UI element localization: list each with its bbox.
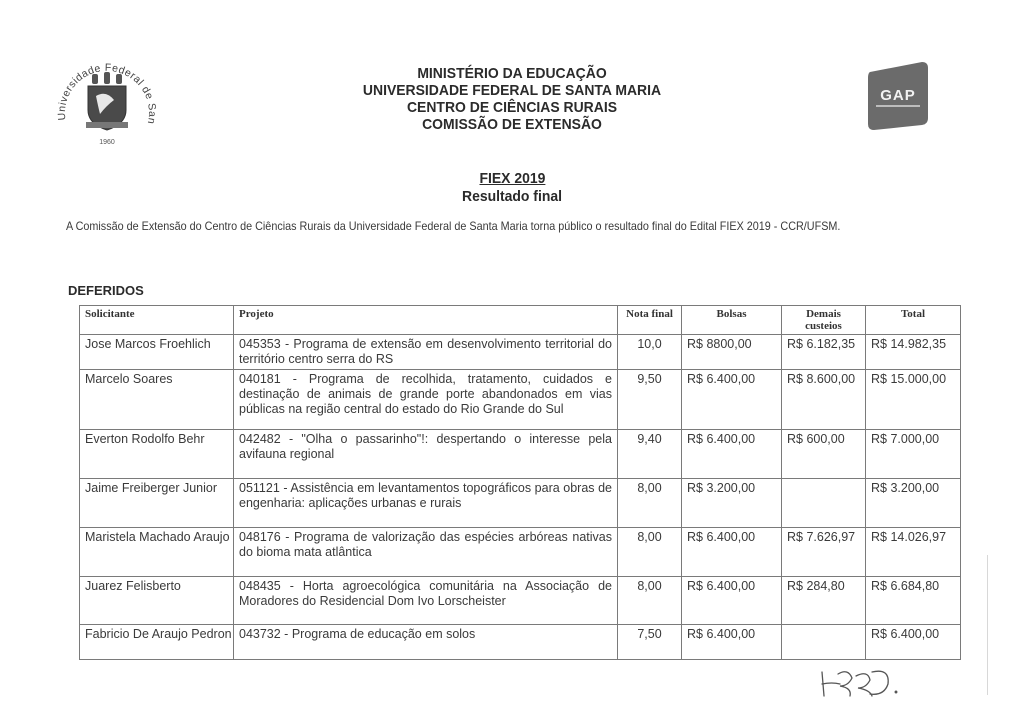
cell-nota: 8,00 — [618, 479, 682, 528]
institution-header: MINISTÉRIO DA EDUCAÇÃO UNIVERSIDADE FEDE… — [0, 65, 1024, 133]
table-row: Everton Rodolfo Behr 042482 - "Olha o pa… — [80, 430, 961, 479]
cell-demais: R$ 600,00 — [782, 430, 866, 479]
cell-bolsas: R$ 6.400,00 — [682, 625, 782, 660]
section-title-deferidos: DEFERIDOS — [68, 283, 144, 298]
cell-bolsas: R$ 6.400,00 — [682, 577, 782, 625]
table-row: Jaime Freiberger Junior 051121 - Assistê… — [80, 479, 961, 528]
results-table: Solicitante Projeto Nota final Bolsas De… — [79, 305, 961, 660]
col-header-projeto: Projeto — [234, 306, 618, 335]
header-commission: COMISSÃO DE EXTENSÃO — [36, 116, 988, 133]
document-title-block: FIEX 2019 Resultado final — [0, 170, 1024, 205]
header-center: CENTRO DE CIÊNCIAS RURAIS — [36, 99, 988, 116]
col-header-solicitante: Solicitante — [80, 306, 234, 335]
cell-total: R$ 15.000,00 — [866, 370, 961, 430]
cell-total: R$ 6.400,00 — [866, 625, 961, 660]
cell-projeto: 048176 - Programa de valorização das esp… — [234, 528, 618, 577]
cell-total: R$ 3.200,00 — [866, 479, 961, 528]
cell-total: R$ 6.684,80 — [866, 577, 961, 625]
table-row: Fabricio De Araujo Pedron 043732 - Progr… — [80, 625, 961, 660]
cell-nota: 9,50 — [618, 370, 682, 430]
cell-demais — [782, 625, 866, 660]
header-university: UNIVERSIDADE FEDERAL DE SANTA MARIA — [36, 82, 988, 99]
svg-text:1960: 1960 — [99, 139, 115, 146]
col-header-nota: Nota final — [618, 306, 682, 335]
handwritten-signature-icon — [812, 662, 912, 704]
cell-demais: R$ 284,80 — [782, 577, 866, 625]
table-row: Maristela Machado Araujo 048176 - Progra… — [80, 528, 961, 577]
table-header-row: Solicitante Projeto Nota final Bolsas De… — [80, 306, 961, 335]
cell-demais: R$ 8.600,00 — [782, 370, 866, 430]
cell-demais — [782, 479, 866, 528]
cell-projeto: 045353 - Programa de extensão em desenvo… — [234, 335, 618, 370]
cell-nota: 9,40 — [618, 430, 682, 479]
cell-demais: R$ 7.626,97 — [782, 528, 866, 577]
col-header-bolsas: Bolsas — [682, 306, 782, 335]
cell-nota: 8,00 — [618, 577, 682, 625]
cell-projeto: 051121 - Assistência em levantamentos to… — [234, 479, 618, 528]
cell-solicitante: Jaime Freiberger Junior — [80, 479, 234, 528]
table-row: Jose Marcos Froehlich 045353 - Programa … — [80, 335, 961, 370]
cell-projeto: 040181 - Programa de recolhida, tratamen… — [234, 370, 618, 430]
cell-solicitante: Jose Marcos Froehlich — [80, 335, 234, 370]
cell-total: R$ 7.000,00 — [866, 430, 961, 479]
cell-demais: R$ 6.182,35 — [782, 335, 866, 370]
cell-bolsas: R$ 6.400,00 — [682, 528, 782, 577]
cell-nota: 7,50 — [618, 625, 682, 660]
cell-bolsas: R$ 6.400,00 — [682, 370, 782, 430]
col-header-total: Total — [866, 306, 961, 335]
table-row: Marcelo Soares 040181 - Programa de reco… — [80, 370, 961, 430]
document-subtitle: Resultado final — [36, 188, 988, 205]
cell-solicitante: Everton Rodolfo Behr — [80, 430, 234, 479]
cell-solicitante: Maristela Machado Araujo — [80, 528, 234, 577]
col-header-demais: Demais custeios — [782, 306, 866, 335]
intro-paragraph: A Comissão de Extensão do Centro de Ciên… — [66, 219, 840, 233]
cell-bolsas: R$ 8800,00 — [682, 335, 782, 370]
header-ministry: MINISTÉRIO DA EDUCAÇÃO — [36, 65, 988, 82]
cell-solicitante: Marcelo Soares — [80, 370, 234, 430]
cell-projeto: 043732 - Programa de educação em solos — [234, 625, 618, 660]
cell-solicitante: Fabricio De Araujo Pedron — [80, 625, 234, 660]
cell-bolsas: R$ 6.400,00 — [682, 430, 782, 479]
cell-solicitante: Juarez Felisberto — [80, 577, 234, 625]
cell-total: R$ 14.026,97 — [866, 528, 961, 577]
cell-nota: 10,0 — [618, 335, 682, 370]
cell-nota: 8,00 — [618, 528, 682, 577]
cell-projeto: 048435 - Horta agroecológica comunitária… — [234, 577, 618, 625]
cell-total: R$ 14.982,35 — [866, 335, 961, 370]
cell-bolsas: R$ 3.200,00 — [682, 479, 782, 528]
table-row: Juarez Felisberto 048435 - Horta agroeco… — [80, 577, 961, 625]
scan-margin-line — [987, 555, 988, 695]
document-title: FIEX 2019 — [479, 170, 545, 187]
cell-projeto: 042482 - "Olha o passarinho"!: despertan… — [234, 430, 618, 479]
